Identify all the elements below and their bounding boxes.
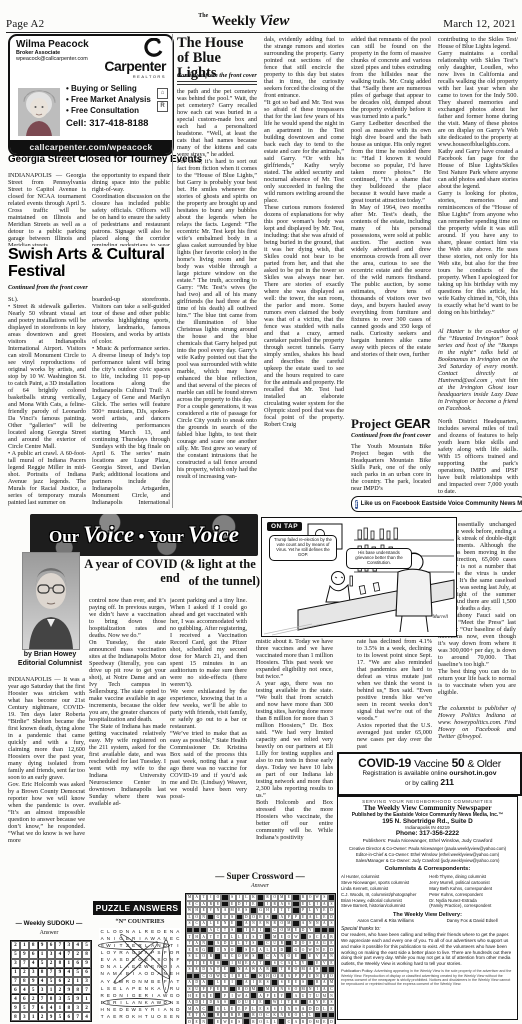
equal-housing-icon: ⌂ (157, 88, 168, 99)
realtor-ad[interactable]: Wilma Peacock Broker Associate wpeacock@… (8, 34, 174, 156)
article-column: boarded-up storefronts. Visitors can tak… (92, 296, 170, 506)
continued-note: Continued from the front cover (177, 72, 257, 82)
swish-headline: Swish Arts & Cultural Festival (8, 247, 172, 281)
sudoku-answer-grid: 2189673455961347283745281691238794567894… (10, 940, 92, 1022)
sudoku-answer-label: Answer (8, 930, 90, 936)
ad-phone[interactable]: Cell: 317-418-8188 (66, 118, 148, 129)
issue-date: March 12, 2021 (443, 18, 516, 30)
article-column: INDIANAPOLIS — Georgia Street from Penns… (8, 172, 86, 246)
crossword-answer-label: Answer (185, 883, 335, 889)
author-bio: Al Hunter is the co-author of the “Haunt… (438, 328, 518, 414)
realtor-r-icon: R (157, 101, 168, 112)
column-divider (172, 34, 173, 508)
cartoon-title: ON TAP (267, 522, 302, 531)
article-column: the path and the pet cemetery was behind… (177, 88, 257, 508)
crossword-answer-grid: MATIOSILKROMEROWSECAREEDIEIRASELIASWHEYN… (185, 893, 336, 1024)
wordsearch-heading: “N” COUNTRIES (97, 918, 183, 925)
facebook-banner[interactable]: f Like us on Facebook Eastside Voice Com… (351, 496, 522, 512)
article-column: the opportunity to expand their dining s… (92, 172, 170, 246)
masthead-publishers: Publishers: Paula Nicewanger, Ethel Wins… (341, 839, 514, 844)
realtor-photo (18, 88, 60, 136)
continued-note: Continued from the front cover (351, 432, 431, 439)
article-column: contributing to the Skiles Test/ House o… (438, 36, 518, 326)
sudoku-heading: — Weekly SUDOKU — (8, 920, 90, 927)
newspaper-page: Page A2 The Weekly View March 12, 2021 W… (0, 0, 522, 1024)
puzzle-answers-banner: PUZZLE ANSWERS (93, 901, 181, 915)
masthead-box: SERVING YOUR NEIGHBORHOOD COMMUNITIES Th… (337, 796, 518, 1020)
masthead-title: The Weekly View Community Newspaper (341, 804, 514, 812)
answer-oval (103, 998, 171, 1007)
article-column: dals, evidently adding fuel to the stran… (264, 36, 344, 508)
columnists-heading: Columnists & Correspondents: (341, 866, 514, 872)
crossword-heading: — Super Crossword — (185, 871, 335, 881)
article-column: St.). • Street & sidewalk galleries. Nea… (8, 296, 86, 506)
editorial-column: mistic about it. Today we have three vac… (256, 638, 333, 868)
carpenter-swoosh-icon (144, 38, 164, 58)
georgia-headline: Georgia Street Closed for Tourney Events (8, 154, 169, 165)
columnists-list: Al Hunter, columnist Steve Nicewanger, s… (341, 874, 514, 909)
continued-note: Continued from the front cover (8, 284, 88, 291)
masthead-owners: Creative Director & Co-Owner: Paula Nice… (341, 846, 514, 863)
political-cartoon: ON TAP Trump failed re-election by the v… (261, 517, 457, 637)
ad-bullets: • Buying or Selling • Free Market Analys… (66, 84, 151, 116)
facebook-banner-label: Like us on Facebook Eastside Voice Commu… (361, 501, 522, 507)
masthead-phone[interactable]: Phone: 317-356-2222 (341, 830, 514, 837)
article-column: North District Headquarters, includes se… (438, 418, 518, 494)
article-column: added that remnants of the pool can stil… (351, 36, 431, 412)
georgia-article: INDIANAPOLIS — Georgia Street from Penns… (8, 172, 170, 246)
paper-title: The Weekly View (198, 13, 289, 30)
carpenter-wordmark: Carpenter REALTORS (104, 58, 166, 79)
project-gear-headline: Project GEAR (351, 416, 441, 432)
covid-vaccine-notice: COVID-19 Vaccine 50 & Older Registration… (337, 752, 522, 796)
ad-logos: ⌂ R (157, 88, 168, 112)
answer-oval (162, 940, 171, 994)
our-voice-banner: Our Voice • Your Voice (30, 514, 258, 556)
speech-bubble: His base understands grievance better th… (346, 548, 412, 569)
columnist-photo (22, 552, 80, 650)
ourshot-url[interactable]: ourshot.in.gov (449, 770, 496, 777)
publication-policy: Publication Policy: Advertising appearin… (341, 969, 514, 987)
swish-article: St.). • Street & sidewalk galleries. Nea… (8, 296, 170, 506)
editorial-column: control now than ever, and it’s paying o… (89, 597, 166, 901)
page-header: Page A2 The Weekly View March 12, 2021 (6, 4, 516, 33)
editorial-headline-line2: of the tunnel) (120, 574, 260, 589)
byline: by Brian Howey Editorial Columnist (10, 651, 90, 669)
masthead-address: 195 N. Shortridge Rd., Suite D (341, 818, 514, 825)
ad-url[interactable]: callcarpenter.com/wpeacock (10, 140, 172, 154)
editorial-column: rate has declined from 4.1% to 3.5% in a… (357, 638, 432, 750)
delivery-names: Aaron Carrell & Rita Williams Danny Fox … (341, 918, 514, 923)
columnist-tagline: The columnist is publisher of Howey Poli… (438, 705, 516, 751)
article-column: The Youth Mountain Bike Project began wi… (351, 443, 431, 493)
editorial-column: jacent parking and a tiny line. When I a… (170, 597, 247, 867)
editorial-column: INDIANAPOLIS — It was a year ago Saturda… (8, 676, 85, 904)
speech-bubble: Trump failed re-election by the vote cou… (269, 535, 337, 561)
facebook-icon: f (355, 500, 358, 509)
cartoonist-signature: Murrell (433, 615, 448, 620)
special-thanks: Special thanks to:Our readers, who have … (341, 926, 514, 967)
page-number: Page A2 (6, 18, 44, 30)
